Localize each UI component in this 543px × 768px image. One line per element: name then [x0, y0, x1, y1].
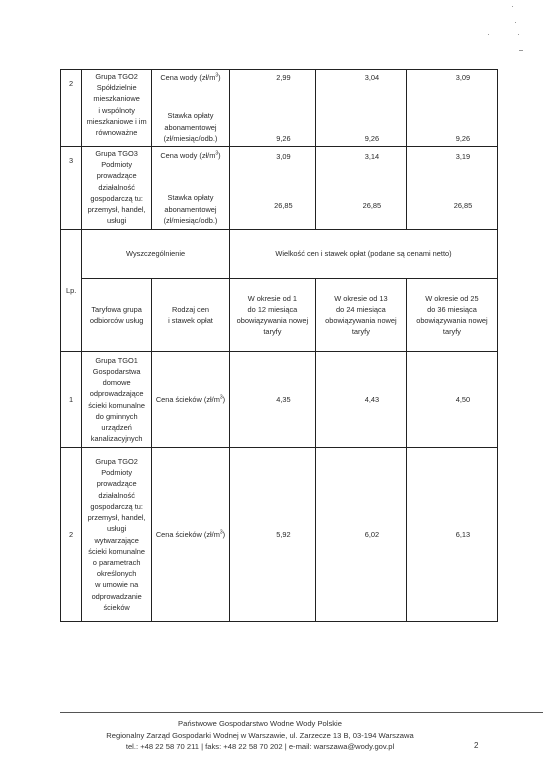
group-line: usługi: [84, 215, 149, 226]
customer-group-cell: Grupa TGO3 Podmioty prowadzące działalno…: [82, 147, 152, 230]
row-number: 3: [61, 147, 82, 230]
lp-header: Lp.: [61, 230, 82, 352]
footer-organization: Państwowe Gospodarstwo Wodne Wody Polski…: [60, 718, 460, 730]
water-price-label: Cena wody (zł/m3): [154, 150, 227, 161]
period-2-header: W okresie od 13 do 24 miesiąca obowiązyw…: [315, 279, 406, 352]
period-3-cell: 3,1926,85: [406, 147, 497, 230]
group-column-header: Taryfowa grupa odbiorców usług: [82, 279, 152, 352]
period-1-header: W okresie od 1 do 12 miesiąca obowiązywa…: [229, 279, 315, 352]
group-line: gospodarczą tu:: [84, 193, 149, 204]
group-line: Grupa TGO2: [84, 71, 149, 82]
group-line: mieszkaniowe: [84, 93, 149, 104]
group-line: przemysł, handel,: [84, 204, 149, 215]
document-page: 2 Grupa TGO2 Spółdzielnie mieszkaniowe i…: [0, 0, 543, 768]
water-price-label: Cena wody (zł/m3): [154, 72, 227, 83]
price-type-cell: Cena wody (zł/m3) Stawka opłaty abonamen…: [152, 70, 230, 147]
header-row-2: Taryfowa grupa odbiorców usług Rodzaj ce…: [61, 279, 498, 352]
sewage-price-label: Cena ścieków (zł/m3): [152, 352, 230, 448]
subscription-fee-label: Stawka opłaty abonamentowej (zł/miesiąc/…: [154, 192, 227, 226]
period-3-cell: 6,13: [406, 448, 497, 622]
group-line: prowadzące: [84, 170, 149, 181]
values-title-header: Wielkość cen i stawek opłat (podane są c…: [229, 230, 497, 279]
footer-divider: [60, 712, 543, 713]
period-2-cell: 6,02: [315, 448, 406, 622]
period-1-cell: 5,92: [229, 448, 315, 622]
footer-contact: tel.: +48 22 58 70 211 | faks: +48 22 58…: [60, 741, 460, 753]
specification-header: Wyszczególnienie: [82, 230, 230, 279]
footer-address: Regionalny Zarząd Gospodarki Wodnej w Wa…: [60, 730, 460, 742]
tariff-table: 2 Grupa TGO2 Spółdzielnie mieszkaniowe i…: [60, 69, 498, 622]
price-type-cell: Cena wody (zł/m3) Stawka opłaty abonamen…: [152, 147, 230, 230]
row-number: 1: [61, 352, 82, 448]
group-line: działalność: [84, 182, 149, 193]
period-1-cell: 4,35: [229, 352, 315, 448]
page-number: 2: [474, 741, 478, 750]
period-2-cell: 3,1426,85: [315, 147, 406, 230]
period-1-cell: 3,0926,85: [229, 147, 315, 230]
period-3-cell: 4,50: [406, 352, 497, 448]
type-column-header: Rodzaj cen i stawek opłat: [152, 279, 230, 352]
water-row-tgo2: 2 Grupa TGO2 Spółdzielnie mieszkaniowe i…: [61, 70, 498, 147]
customer-group-cell: Grupa TGO2 Spółdzielnie mieszkaniowe i w…: [82, 70, 152, 147]
water-row-tgo3: 3 Grupa TGO3 Podmioty prowadzące działal…: [61, 147, 498, 230]
sewage-row-tgo1: 1 Grupa TGO1 Gospodarstwa domowe odprowa…: [61, 352, 498, 448]
footer: Państwowe Gospodarstwo Wodne Wody Polski…: [60, 718, 460, 753]
group-line: i wspólnoty: [84, 105, 149, 116]
period-3-cell: 3,099,26: [406, 70, 497, 147]
row-number: 2: [61, 448, 82, 622]
header-row-1: Lp. Wyszczególnienie Wielkość cen i staw…: [61, 230, 498, 279]
group-line: równoważne: [84, 127, 149, 138]
group-line: Podmioty: [84, 159, 149, 170]
customer-group-cell: Grupa TGO1 Gospodarstwa domowe odprowadz…: [82, 352, 152, 448]
period-3-header: W okresie od 25 do 36 miesiąca obowiązyw…: [406, 279, 497, 352]
sewage-row-tgo2: 2 Grupa TGO2 Podmioty prowadzące działal…: [61, 448, 498, 622]
group-line: mieszkaniowe i im: [84, 116, 149, 127]
subscription-fee-label: Stawka opłaty abonamentowej (zł/miesiąc/…: [154, 110, 227, 144]
period-1-cell: 2,999,26: [229, 70, 315, 147]
sewage-price-label: Cena ścieków (zł/m3): [152, 448, 230, 622]
period-2-cell: 4,43: [315, 352, 406, 448]
customer-group-cell: Grupa TGO2 Podmioty prowadzące działalno…: [82, 448, 152, 622]
row-number: 2: [61, 70, 82, 147]
group-line: Grupa TGO3: [84, 148, 149, 159]
group-line: Spółdzielnie: [84, 82, 149, 93]
period-2-cell: 3,049,26: [315, 70, 406, 147]
